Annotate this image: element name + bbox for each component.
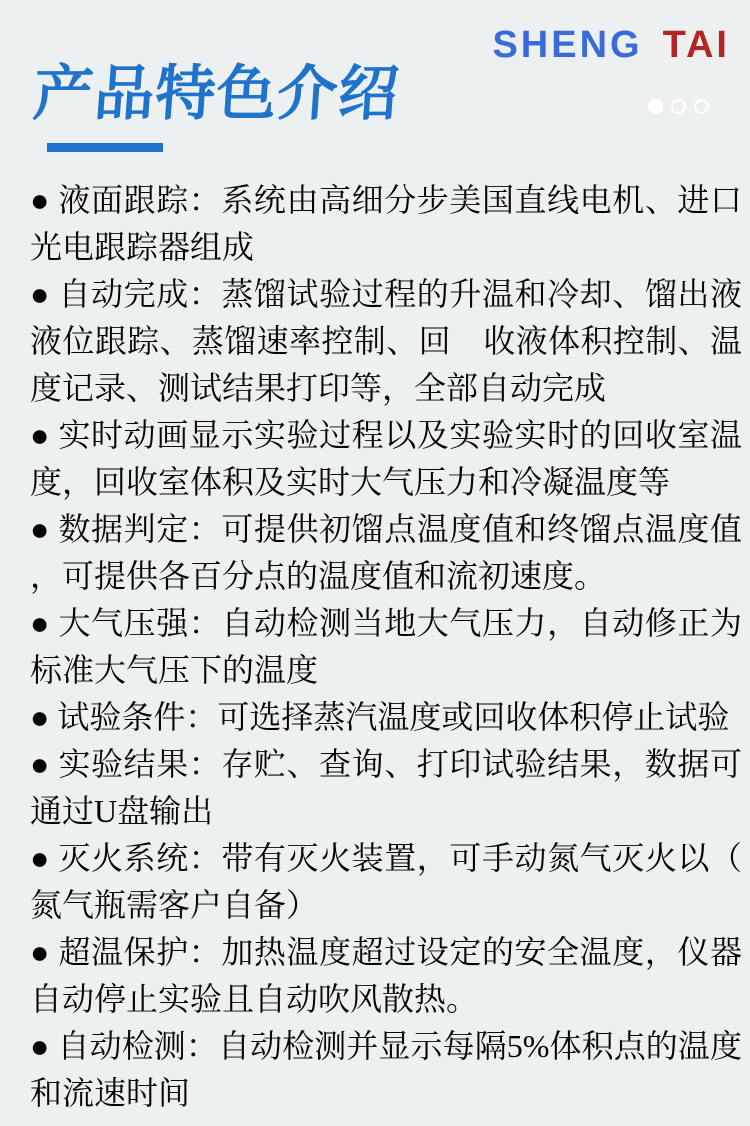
feature-item-test-conditions: ● 试验条件：可选择蒸汽温度或回收体积停止试验 <box>30 694 742 741</box>
feature-item-fire-extinguishing: ● 灭火系统：带有灭火装置，可手动氮气灭火以（氮气瓶需客户自备） <box>30 835 742 929</box>
feature-item-atmospheric-pressure: ● 大气压强：自动检测当地大气压力，自动修正为标准大气压下的温度 <box>30 600 742 694</box>
feature-item-auto-detection: ● 自动检测：自动检测并显示每隔5%体积点的温度和流速时间 <box>30 1023 742 1117</box>
feature-item-test-results: ● 实验结果：存贮、查询、打印试验结果，数据可通过U盘输出 <box>30 741 742 835</box>
feature-list: ● 液面跟踪：系统由高细分步美国直线电机、进口光电跟踪器组成 ● 自动完成：蒸馏… <box>0 177 750 1117</box>
carousel-dot-3[interactable] <box>694 99 709 114</box>
page-title: 产品特色介绍 <box>31 60 402 128</box>
feature-item-liquid-level-tracking: ● 液面跟踪：系统由高细分步美国直线电机、进口光电跟踪器组成 <box>30 177 742 271</box>
carousel-pagination <box>648 99 709 114</box>
title-underline <box>47 143 163 152</box>
feature-item-overtemp-protection: ● 超温保护：加热温度超过设定的安全温度，仪器自动停止实验且自动吹风散热。 <box>30 929 742 1023</box>
feature-item-realtime-animation: ● 实时动画显示实验过程以及实验实时的回收室温度，回收室体积及实时大气压力和冷凝… <box>30 412 742 506</box>
product-intro-page: SHENGTAI 产品特色介绍 ● 液面跟踪：系统由高细分步美国直线电机、进口光… <box>0 0 750 1126</box>
feature-item-auto-complete: ● 自动完成：蒸馏试验过程的升温和冷却、馏出液液位跟踪、蒸馏速率控制、回 收液体… <box>30 271 742 412</box>
carousel-dot-1-active[interactable] <box>648 99 663 114</box>
carousel-dot-2[interactable] <box>671 99 686 114</box>
brand-logo-sheng: SHENG <box>492 24 642 66</box>
feature-item-data-judgement: ● 数据判定：可提供初馏点温度值和终馏点温度值，可提供各百分点的温度值和流初速度… <box>30 506 742 600</box>
brand-logo-tai: TAI <box>663 24 730 66</box>
brand-logo: SHENGTAI <box>492 26 730 64</box>
